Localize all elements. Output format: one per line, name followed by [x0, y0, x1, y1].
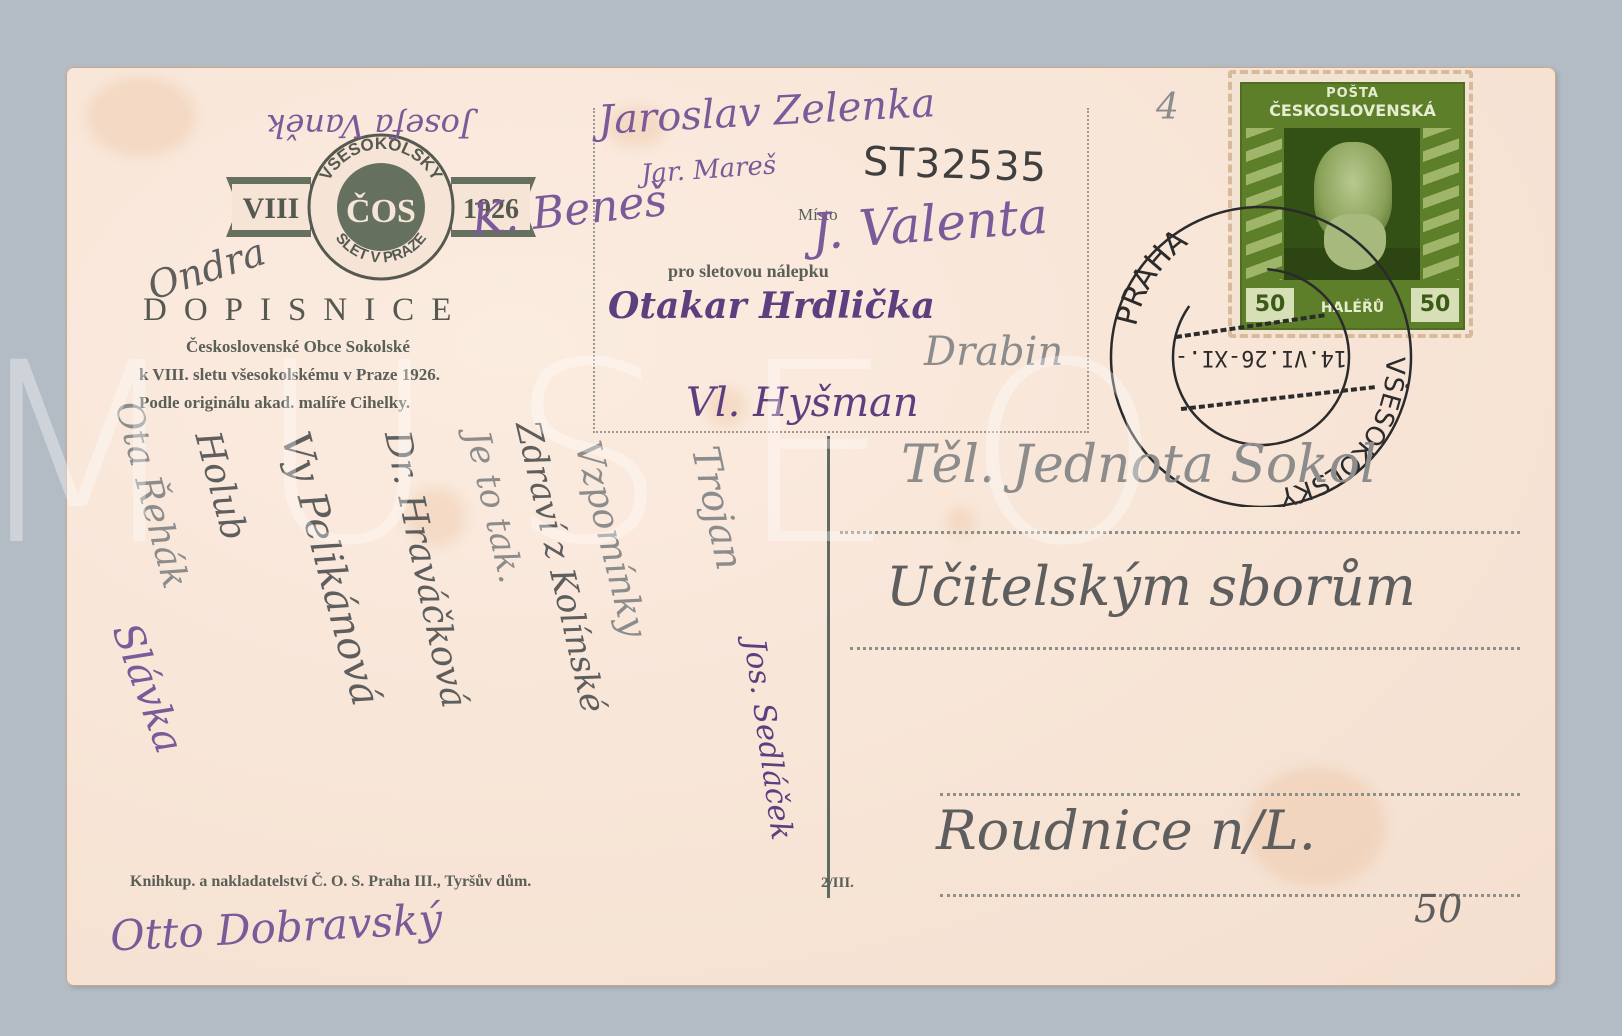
print-code: 2/III.: [821, 875, 854, 892]
handwritten-message: Dr. Hraváčková: [376, 427, 475, 712]
card-divider: [827, 436, 830, 898]
handwritten-note: 4: [1156, 87, 1179, 128]
address-city: Roudnice n/L.: [936, 799, 1316, 862]
publisher-imprint: Knihkup. a nakladatelství Č. O. S. Praha…: [130, 873, 531, 891]
handwritten-message: Trojan: [683, 442, 752, 574]
handwritten-note: Josefa Vaněk: [266, 107, 473, 145]
corner-note: 50: [1414, 887, 1462, 931]
card-title: DOPISNICE: [143, 292, 468, 329]
address-line-2: Učitelským sborům: [886, 555, 1416, 618]
subtitle-line-2: k VIII. sletu všesokolskému v Praze 1926…: [139, 365, 440, 385]
address-line: [840, 531, 1520, 534]
svg-text:ČOS: ČOS: [346, 192, 416, 230]
svg-text:PRAHA: PRAHA: [1110, 222, 1195, 329]
handwritten-signature: Drabin: [924, 329, 1063, 375]
postcard: VIII 1926 ČOS VŠESOKOLSKÝ SLET V PRAZE D…: [66, 67, 1556, 986]
stamp-header: POŠTA ČESKOSLOVENSKÁ: [1242, 86, 1463, 120]
handwritten-message: Ota Řehák: [106, 397, 195, 593]
address-line: [850, 647, 1520, 650]
laurel-icon: [1423, 128, 1459, 280]
subtitle-line-3: Podle originálu akad. malíře Cihelky.: [139, 393, 410, 413]
handwritten-message: Holub: [186, 427, 254, 545]
address-recipient: Těl. Jednota Sokol: [901, 435, 1377, 495]
laurel-icon: [1246, 128, 1282, 280]
handwritten-signature-bottom: Otto Dobravský: [109, 894, 443, 960]
stain: [86, 77, 196, 157]
handwritten-message: Vy Pelikánová: [272, 427, 389, 711]
inventory-number: ST32535: [862, 139, 1048, 191]
stamp-design: POŠTA ČESKOSLOVENSKÁ 50 50 HALÉŘŮ: [1240, 82, 1465, 330]
stamp-value-left: 50: [1246, 288, 1294, 322]
stamp-currency: HALÉŘŮ: [1304, 300, 1401, 316]
svg-text:14.VI.26-XI.-: 14.VI.26-XI.-: [1175, 345, 1347, 370]
svg-text:VIII: VIII: [243, 192, 300, 225]
postage-stamp: POŠTA ČESKOSLOVENSKÁ 50 50 HALÉŘŮ: [1228, 70, 1473, 338]
handwritten-message: Slávka: [103, 617, 192, 759]
handwritten-signature: Otakar Hrdlička: [608, 285, 935, 327]
sticker-box-caption: pro sletovou nálepku: [668, 261, 829, 282]
stamp-value-right: 50: [1411, 288, 1459, 322]
subtitle-line-1: Československé Obce Sokolské: [186, 337, 410, 357]
handwritten-vertical-note: Jos. Sedláček: [736, 637, 799, 842]
handwritten-signature: Vl. Hyšman: [686, 380, 919, 426]
portrait-icon: [1284, 128, 1420, 280]
address-line: [940, 793, 1520, 796]
